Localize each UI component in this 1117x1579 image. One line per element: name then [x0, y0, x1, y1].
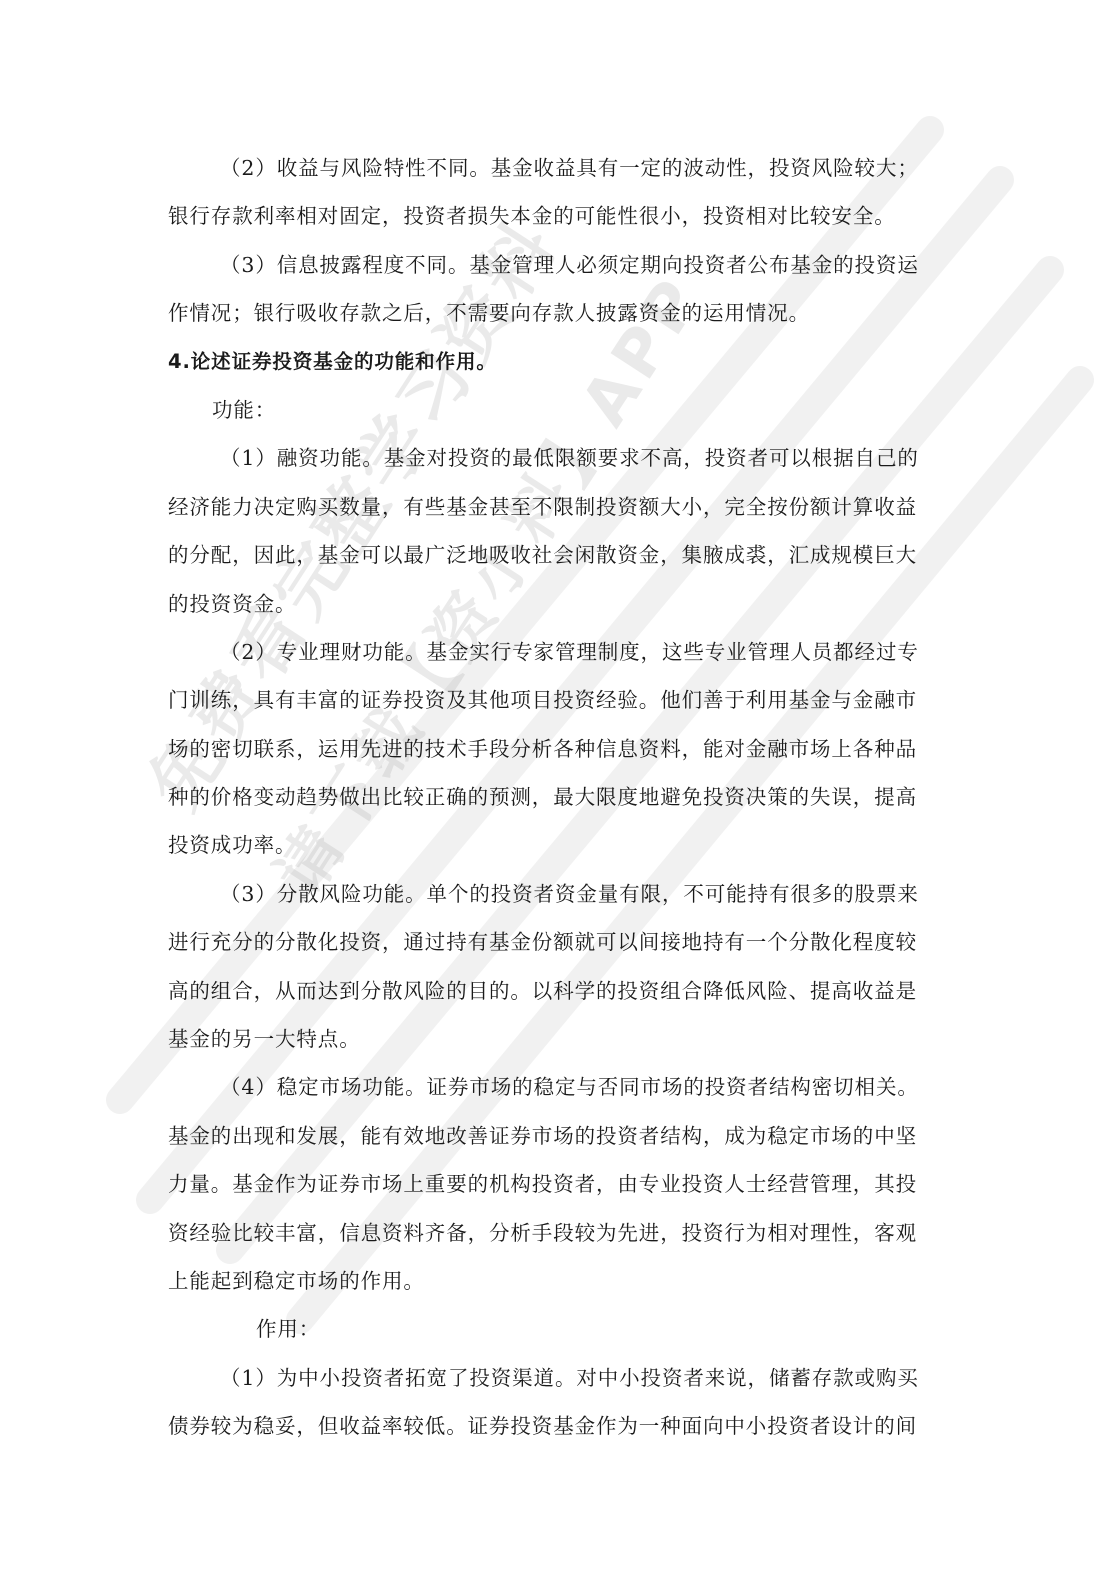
subsection-label: 功能： [168, 386, 943, 434]
paragraph: （1）为中小投资者拓宽了投资渠道。对中小投资者来说，储蓄存款或购买债券较为稳妥，… [168, 1354, 943, 1451]
text-line: 作情况；银行吸收存款之后，不需要向存款人披露资金的运用情况。 [168, 289, 943, 337]
paragraph: （4）稳定市场功能。证券市场的稳定与否同市场的投资者结构密切相关。基金的出现和发… [168, 1063, 943, 1305]
document-page: 免费看完整学习资料 请下载【资小料】APP （2）收益与风险特性不同。基金收益具… [0, 0, 1117, 1579]
document-body: （2）收益与风险特性不同。基金收益具有一定的波动性，投资风险较大；银行存款利率相… [168, 144, 943, 1451]
paragraph: （3）分散风险功能。单个的投资者资金量有限，不可能持有很多的股票来进行充分的分散… [168, 870, 943, 1064]
text-line: 力量。基金作为证券市场上重要的机构投资者，由专业投资人士经营管理，其投 [168, 1160, 943, 1208]
text-line: 银行存款利率相对固定，投资者损失本金的可能性很小，投资相对比较安全。 [168, 192, 943, 240]
subsection-label: 作用： [168, 1305, 943, 1353]
text-line: （3）分散风险功能。单个的投资者资金量有限，不可能持有很多的股票来 [168, 870, 943, 918]
text-line: 基金的另一大特点。 [168, 1015, 943, 1063]
text-line: 功能： [168, 386, 943, 434]
text-line: 经济能力决定购买数量，有些基金甚至不限制投资额大小，完全按份额计算收益 [168, 483, 943, 531]
text-line: 高的组合，从而达到分散风险的目的。以科学的投资组合降低风险、提高收益是 [168, 967, 943, 1015]
text-line: （3）信息披露程度不同。基金管理人必须定期向投资者公布基金的投资运 [168, 241, 943, 289]
text-line: 资经验比较丰富，信息资料齐备，分析手段较为先进，投资行为相对理性，客观 [168, 1209, 943, 1257]
text-line: （2）专业理财功能。基金实行专家管理制度，这些专业管理人员都经过专 [168, 628, 943, 676]
text-line: （1）为中小投资者拓宽了投资渠道。对中小投资者来说，储蓄存款或购买 [168, 1354, 943, 1402]
text-line: 上能起到稳定市场的作用。 [168, 1257, 943, 1305]
paragraph: （2）收益与风险特性不同。基金收益具有一定的波动性，投资风险较大；银行存款利率相… [168, 144, 943, 241]
text-line: 的分配，因此，基金可以最广泛地吸收社会闲散资金，集腋成裘，汇成规模巨大 [168, 531, 943, 579]
paragraph: （1）融资功能。基金对投资的最低限额要求不高，投资者可以根据自己的经济能力决定购… [168, 434, 943, 628]
text-line: 的投资资金。 [168, 580, 943, 628]
text-line: 基金的出现和发展，能有效地改善证券市场的投资者结构，成为稳定市场的中坚 [168, 1112, 943, 1160]
text-line: 作用： [168, 1305, 943, 1353]
text-line: 种的价格变动趋势做出比较正确的预测，最大限度地避免投资决策的失误，提高 [168, 773, 943, 821]
text-line: 投资成功率。 [168, 821, 943, 869]
text-line: 4.论述证券投资基金的功能和作用。 [168, 338, 943, 386]
section-heading: 4.论述证券投资基金的功能和作用。 [168, 338, 943, 386]
paragraph: （2）专业理财功能。基金实行专家管理制度，这些专业管理人员都经过专门训练，具有丰… [168, 628, 943, 870]
paragraph: （3）信息披露程度不同。基金管理人必须定期向投资者公布基金的投资运作情况；银行吸… [168, 241, 943, 338]
text-line: 场的密切联系，运用先进的技术手段分析各种信息资料，能对金融市场上各种品 [168, 725, 943, 773]
text-line: 进行充分的分散化投资，通过持有基金份额就可以间接地持有一个分散化程度较 [168, 918, 943, 966]
text-line: （2）收益与风险特性不同。基金收益具有一定的波动性，投资风险较大； [168, 144, 943, 192]
text-line: （4）稳定市场功能。证券市场的稳定与否同市场的投资者结构密切相关。 [168, 1063, 943, 1111]
text-line: （1）融资功能。基金对投资的最低限额要求不高，投资者可以根据自己的 [168, 434, 943, 482]
text-line: 债券较为稳妥，但收益率较低。证券投资基金作为一种面向中小投资者设计的间 [168, 1402, 943, 1450]
text-line: 门训练，具有丰富的证券投资及其他项目投资经验。他们善于利用基金与金融市 [168, 676, 943, 724]
